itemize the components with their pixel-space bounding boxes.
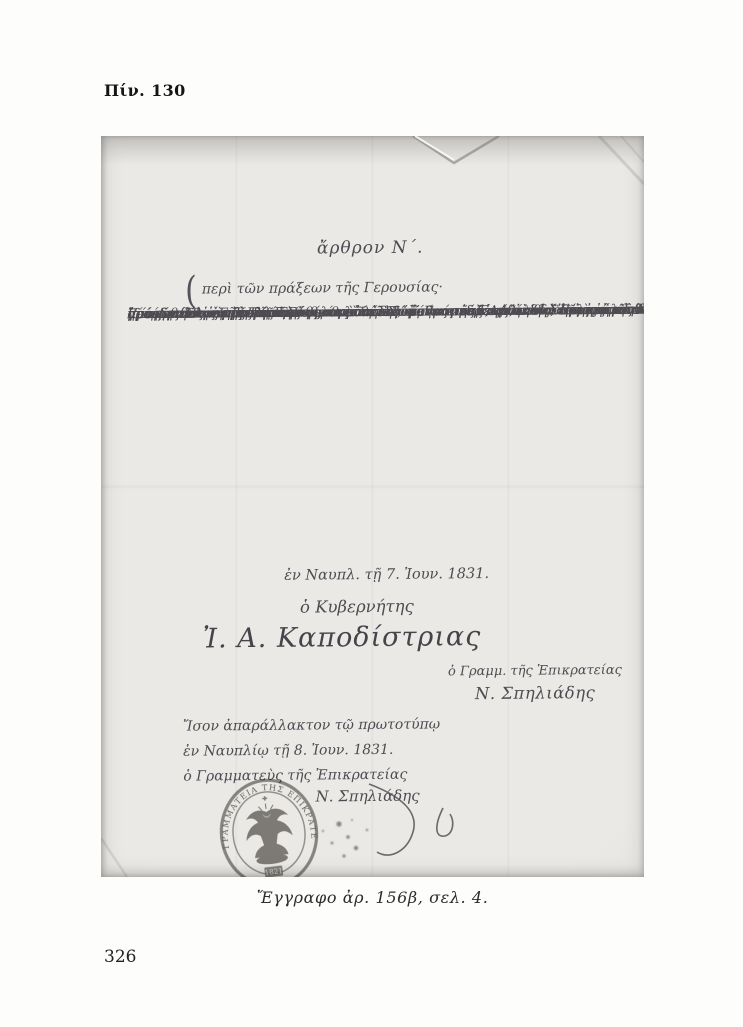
- phoenix-emblem-icon: [241, 793, 295, 866]
- countersignature-block: ὁ Γραμμ. τῆς Ἐπικρατείας Ν. Σπηλιάδης: [427, 663, 642, 704]
- governor-title: ὁ Κυβερνήτης: [222, 596, 492, 617]
- document-scan-photo: ἄρθρον Ν΄. (περὶ τῶν πράξεων τῆς Γερουσί…: [101, 136, 644, 877]
- state-seal-stamp: ΓΡΑΜΜΑΤΕΙΑ ΤΗΣ ΕΠΙΚΡΑΤΕΙΑΣ 1821: [210, 771, 329, 877]
- governor-signature: Ἰ. Α. Καποδίστριας: [157, 621, 527, 655]
- seal-year: 1821: [264, 866, 283, 877]
- manuscript-line: ἰδίας παραγώγης.: [127, 301, 247, 327]
- page-number: 326: [104, 947, 136, 967]
- manuscript-line: Ἴσον ἀπαράλλακτον τῷ πρωτοτύπῳ: [183, 712, 503, 740]
- countersign-title: ὁ Γραμμ. τῆς Ἐπικρατείας: [427, 663, 642, 680]
- manuscript-article-heading: ἄρθρον Ν΄.: [101, 236, 642, 261]
- certification-block: Ἴσον ἀπαράλλακτον τῷ πρωτοτύπῳἐν Ναυπλίῳ…: [183, 712, 504, 790]
- manuscript-line: ἐν Ναυπλίῳ τῇ 8. Ἰουν. 1831.: [183, 737, 503, 765]
- countersign-name: Ν. Σπηλιάδης: [428, 683, 643, 704]
- manuscript-dateline: ἐν Ναυπλ. τῇ 7. Ἰουν. 1831.: [252, 566, 522, 584]
- manuscript-subheading-text: περὶ τῶν πράξεων τῆς Γερουσίας·: [202, 279, 443, 297]
- plate-label: Πίν. 130: [104, 81, 186, 100]
- figure-caption: Ἔγγραφο ἀρ. 156β, σελ. 4.: [101, 888, 644, 907]
- manuscript-text-layer: ἄρθρον Ν΄. (περὶ τῶν πράξεων τῆς Γερουσί…: [101, 136, 644, 877]
- certification-signature: Ν. Σπηλιάδης: [315, 787, 419, 806]
